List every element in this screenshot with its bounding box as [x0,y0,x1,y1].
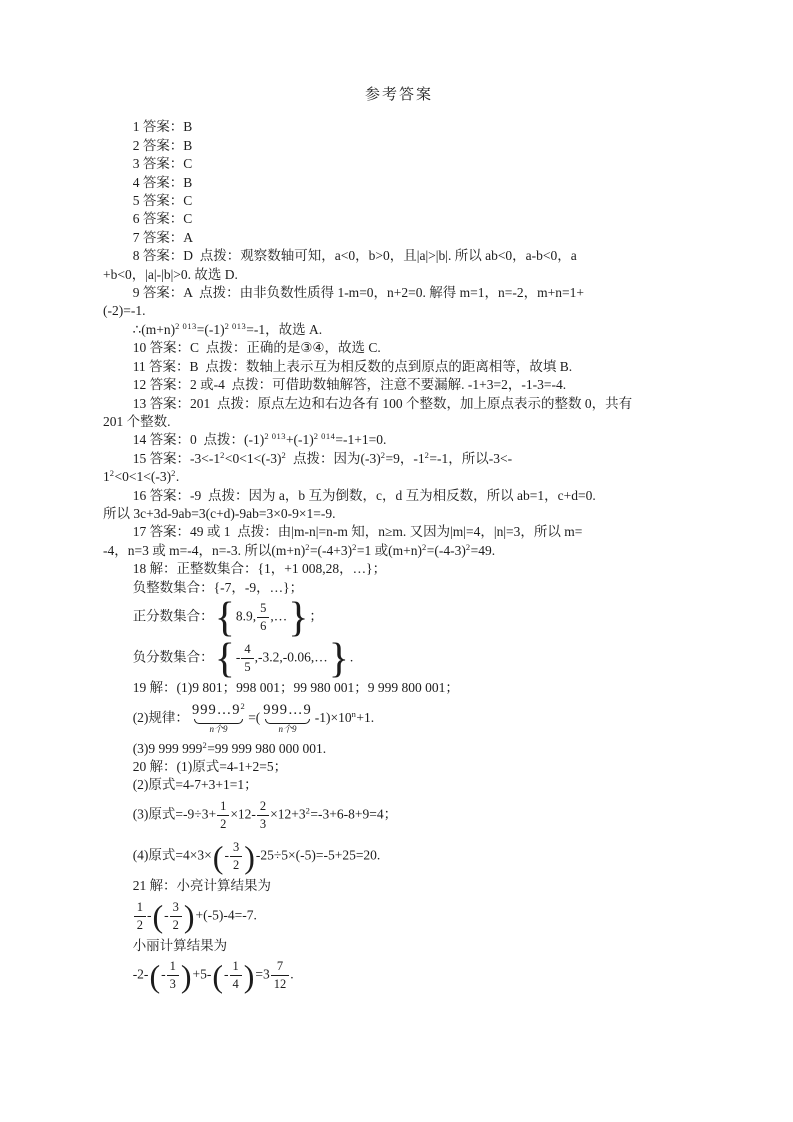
doc-line: 19 解：(1)9 801；998 001；99 980 001；9 999 8… [103,679,695,697]
fraction: 23 [257,800,269,831]
fraction: 45 [241,643,253,674]
fraction-denominator: 2 [217,816,229,831]
doc-line: 14 答案：0 点拨：(-1)2 013+(-1)2 014=-1+1=0. [103,431,695,449]
superscript: 2 013 [225,321,247,331]
fraction: 14 [230,960,242,991]
document-page: 参考答案 1 答案：B2 答案：B3 答案：C4 答案：B5 答案：C6 答案：… [0,0,793,1122]
doc-line: 201 个整数. [103,413,695,431]
fraction: 32 [170,901,182,932]
doc-line: (3)9 999 9992=99 999 980 000 001. [103,740,695,758]
fraction-denominator: 2 [230,857,242,872]
doc-line: 11 答案：B 点拨：数轴上表示互为相反数的点到原点的距离相等，故填 B. [103,358,695,376]
superscript: 2 [422,542,427,552]
doc-line: 10 答案：C 点拨：正确的是③④，故选 C. [103,339,695,357]
doc-line: 20 解：(1)原式=4-1+2=5； [103,758,695,776]
doc-line: 18 解：正整数集合：{1，+1 008,28，…}； [103,560,695,578]
doc-line: 17 答案：49 或 1 点拨：由|m-n|=n-m 知，n≥m. 又因为|m|… [103,523,695,541]
doc-line: +b<0，|a|-|b|>0. 故选 D. [103,266,695,284]
fraction-numerator: 7 [271,960,290,976]
doc-line: 正分数集合：{8.9,56,…}； [103,597,695,638]
doc-line: 5 答案：C [103,192,695,210]
superscript: 2 013 [264,431,286,441]
superscript: 2 [466,542,471,552]
doc-line: (-2)=-1. [103,302,695,320]
superscript: 2 [171,468,176,478]
fraction-numerator: 1 [167,960,179,976]
fraction-denominator: 3 [257,816,269,831]
doc-line: (3)原式=-9÷3+12×12-23×12+32=-3+6-8+9=4； [103,795,695,836]
doc-line: ∴(m+n)2 013=(-1)2 013=-1，故选 A. [103,321,695,339]
underbrace-expression: 999…92n个9 [192,703,245,735]
superscript: 2 [110,468,115,478]
doc-line: -2-(-13)+5-(-14)=3712. [103,955,695,996]
superscript: 2 [202,740,207,750]
superscript: 2 014 [314,431,336,441]
doc-line: 2 答案：B [103,137,695,155]
doc-line: 6 答案：C [103,210,695,228]
doc-line: 4 答案：B [103,174,695,192]
underbrace-value: 999…9 [263,703,312,718]
superscript: 2 013 [175,321,197,331]
fraction-numerator: 2 [257,800,269,816]
fraction-denominator: 6 [257,618,269,633]
page-title: 参考答案 [103,86,695,104]
answer-key-document: 参考答案 1 答案：B2 答案：B3 答案：C4 答案：B5 答案：C6 答案：… [0,0,793,1027]
doc-line: 3 答案：C [103,155,695,173]
fraction-numerator: 5 [257,602,269,618]
underbrace-value: 999…92 [192,703,245,718]
fraction-numerator: 4 [241,643,253,659]
superscript: 2 [425,450,430,460]
doc-line: 15 答案：-3<-12<0<1<(-3)2 点拨：因为(-3)2=9，-12=… [103,450,695,468]
fraction: 56 [257,602,269,633]
superscript: 2 [240,701,245,711]
doc-line: (2)规律：999…92n个9=(999…9n个9-1)×10n+1. [103,698,695,740]
doc-line: 负分数集合：{-45,-3.2,-0.06,…}. [103,638,695,679]
doc-line: 所以 3c+3d-9ab=3(c+d)-9ab=3×0-9×1=-9. [103,505,695,523]
doc-line: 小丽计算结果为 [103,937,695,955]
fraction: 12 [134,901,146,932]
superscript: n [352,709,357,719]
superscript: 2 [381,450,386,460]
underbrace-label: n个9 [263,725,312,734]
fraction: 12 [217,800,229,831]
fraction: 13 [167,960,179,991]
doc-line: (2)原式=4-7+3+1=1； [103,776,695,794]
underbrace-expression: 999…9n个9 [263,703,312,735]
doc-line: 负整数集合：{-7，-9，…}； [103,579,695,597]
doc-line: 12<0<1<(-3)2. [103,468,695,486]
superscript: 2 [305,542,310,552]
document-body: 1 答案：B2 答案：B3 答案：C4 答案：B5 答案：C6 答案：C7 答案… [103,118,695,996]
underbrace-label: n个9 [192,725,245,734]
fraction-numerator: 1 [134,901,146,917]
doc-line: 21 解：小亮计算结果为 [103,877,695,895]
superscript: 2 [352,542,357,552]
fraction-numerator: 3 [170,901,182,917]
fraction-numerator: 1 [217,800,229,816]
fraction-denominator: 2 [170,917,182,932]
fraction-denominator: 5 [241,659,253,674]
fraction: 712 [271,960,290,991]
fraction-denominator: 4 [230,976,242,991]
doc-line: 1 答案：B [103,118,695,136]
doc-line: 16 答案：-9 点拨：因为 a，b 互为倒数，c，d 互为相反数，所以 ab=… [103,487,695,505]
fraction-denominator: 12 [271,976,290,991]
doc-line: 12-(-32)+(-5)-4=-7. [103,896,695,937]
fraction-denominator: 2 [134,917,146,932]
doc-line: 8 答案：D 点拨：观察数轴可知，a<0，b>0，且|a|>|b|. 所以 ab… [103,247,695,265]
fraction: 32 [230,841,242,872]
doc-line: 9 答案：A 点拨：由非负数性质得 1-m=0，n+2=0. 解得 m=1，n=… [103,284,695,302]
superscript: 2 [282,450,287,460]
fraction-denominator: 3 [167,976,179,991]
doc-line: -4，n=3 或 m=-4，n=-3. 所以(m+n)2=(-4+3)2=1 或… [103,542,695,560]
superscript: 2 [306,805,311,815]
doc-line: (4)原式=4×3×(-32)-25÷5×(-5)=-5+25=20. [103,836,695,877]
doc-line: 12 答案：2 或-4 点拨：可借助数轴解答，注意不要漏解. -1+3=2，-1… [103,376,695,394]
fraction-numerator: 1 [230,960,242,976]
doc-line: 13 答案：201 点拨：原点左边和右边各有 100 个整数，加上原点表示的整数… [103,395,695,413]
doc-line: 7 答案：A [103,229,695,247]
fraction-numerator: 3 [230,841,242,857]
superscript: 2 [220,450,225,460]
